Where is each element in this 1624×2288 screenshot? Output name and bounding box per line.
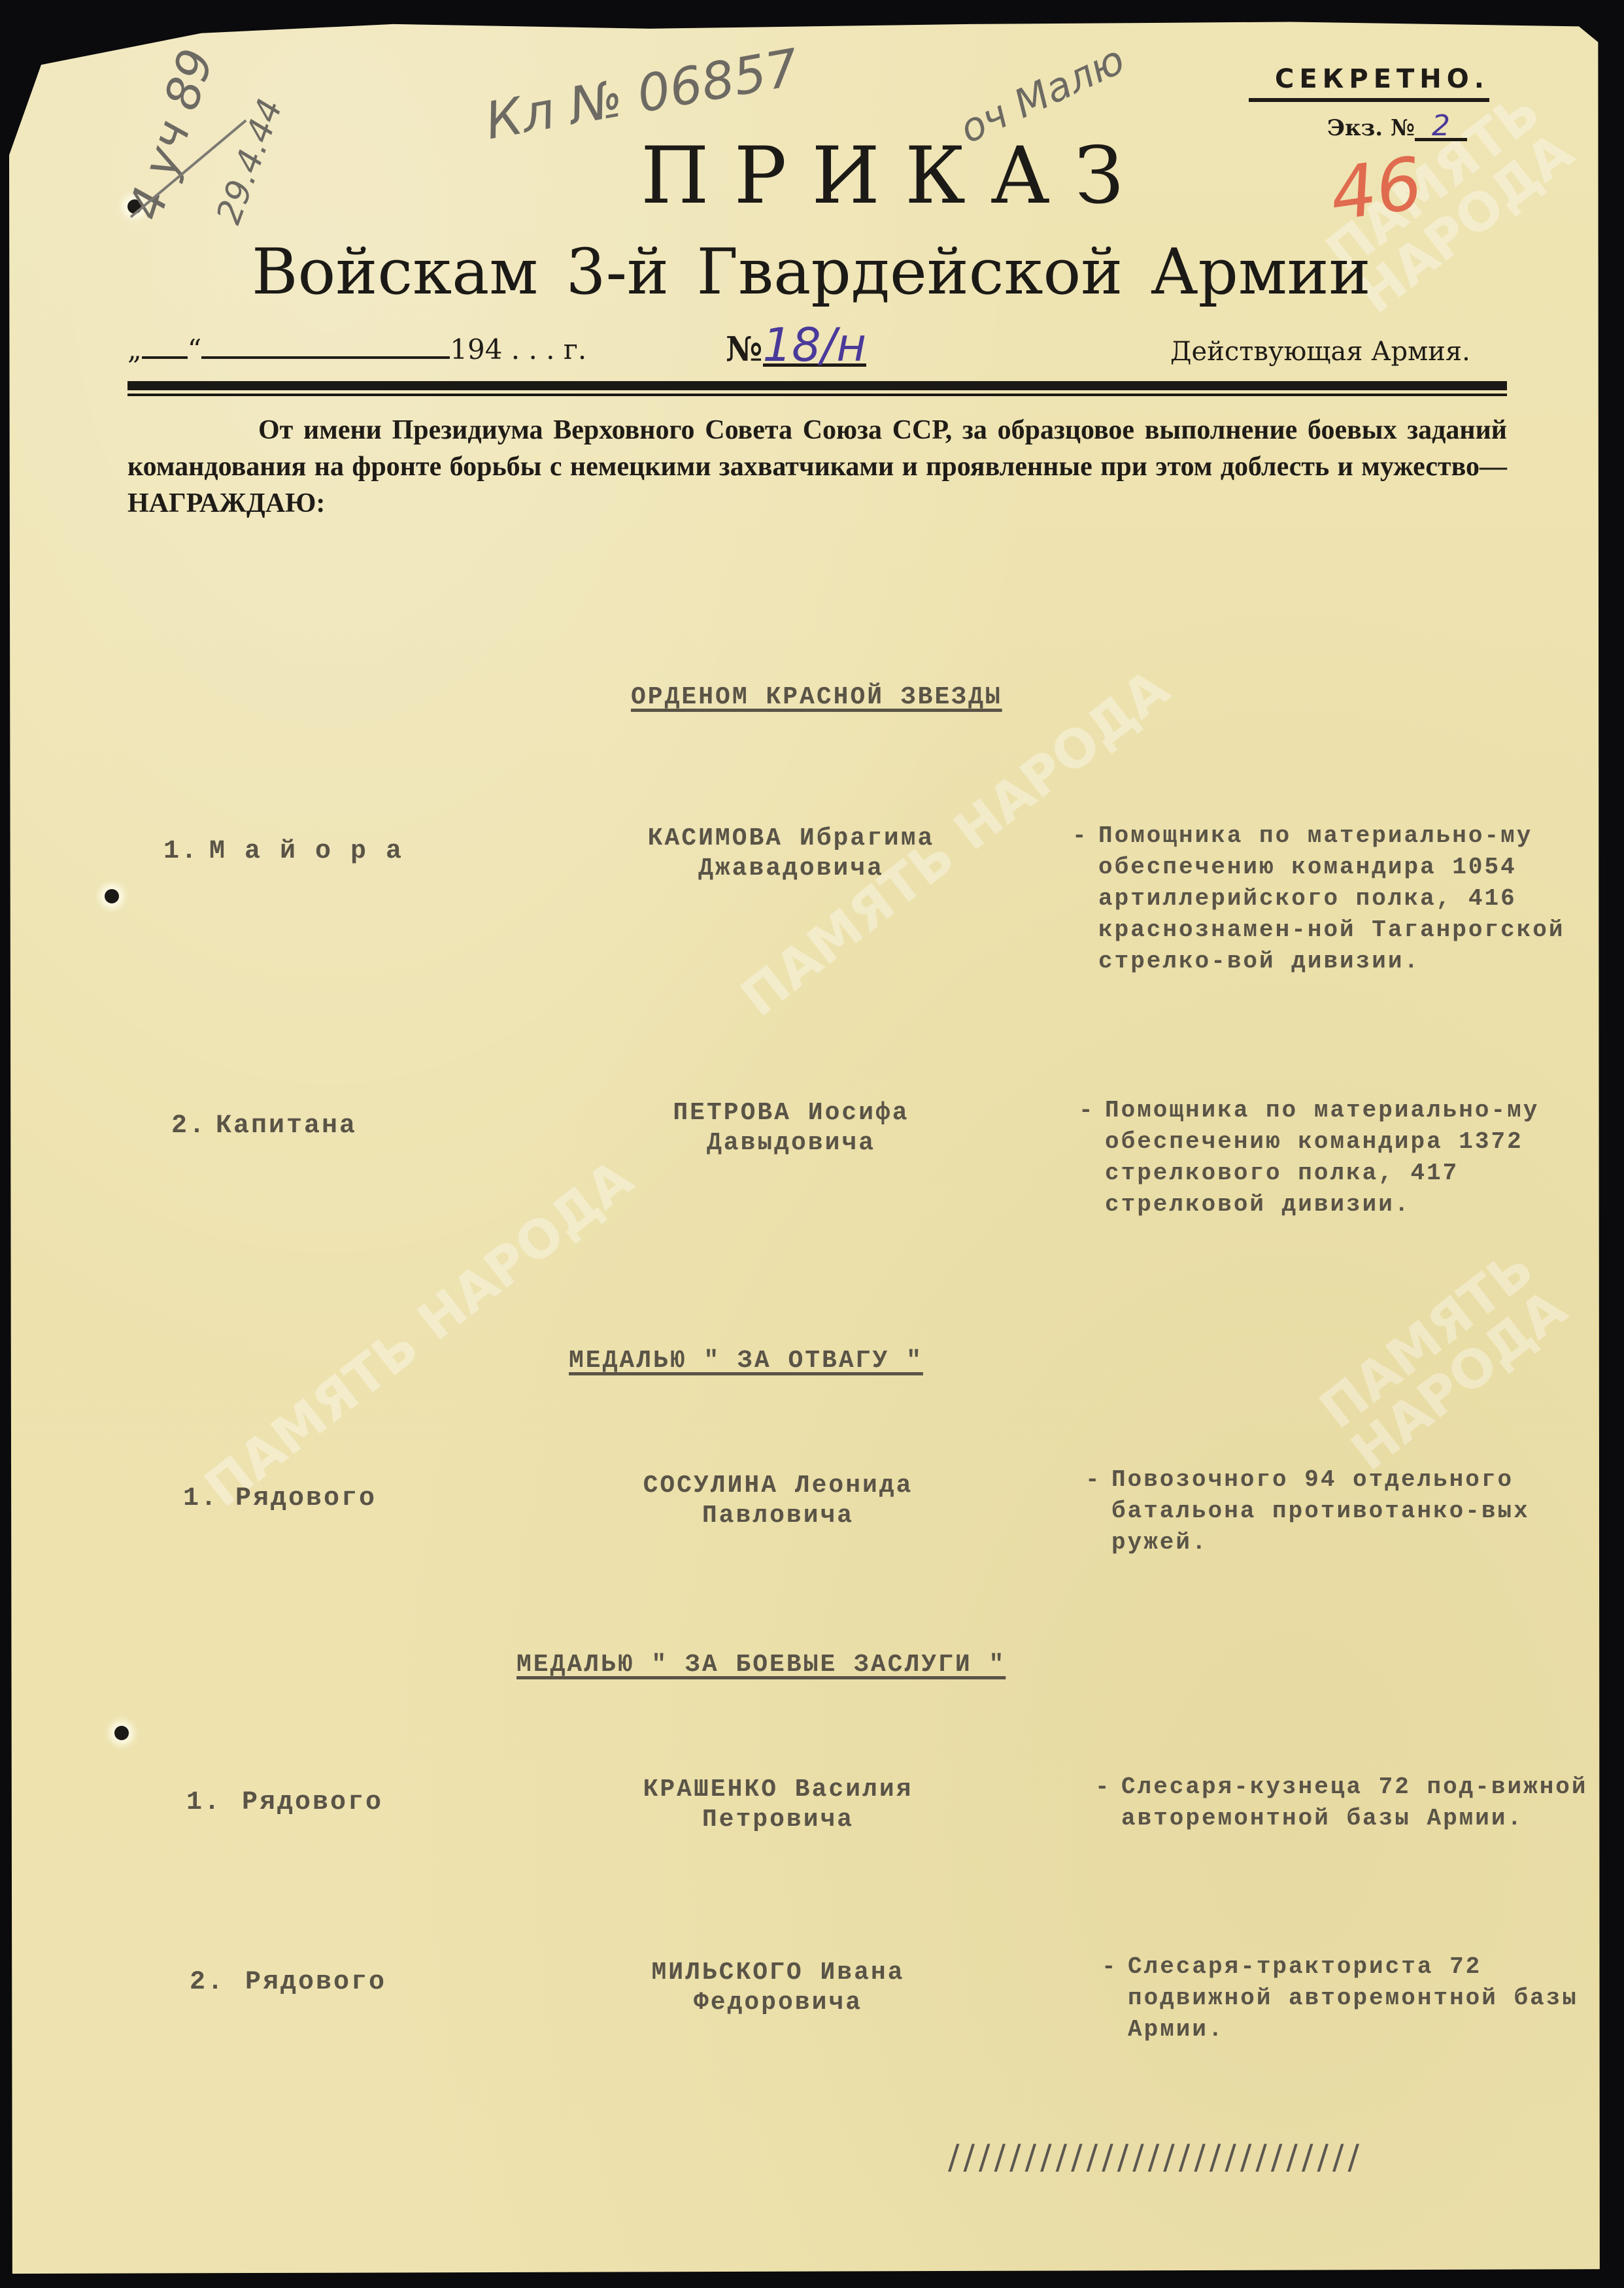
awardee-number: 2. bbox=[171, 1111, 207, 1141]
awardee-rank: Рядового bbox=[245, 1968, 386, 1997]
awardee-rank: Рядового bbox=[242, 1788, 383, 1817]
copy-number-value: 2 bbox=[1415, 114, 1467, 141]
punch-hole bbox=[105, 889, 119, 903]
section-heading: МЕДАЛЬЮ " ЗА БОЕВЫЕ ЗАСЛУГИ " bbox=[516, 1651, 1006, 1679]
awardee-position: -Помощника по материально-му обеспечению… bbox=[1105, 1095, 1589, 1220]
copy-label: Экз. № bbox=[1327, 115, 1415, 141]
date-year: 194 . . . г. bbox=[450, 333, 586, 365]
awardee-rank: Рядового bbox=[235, 1484, 377, 1513]
intro-paragraph: От имени Президиума Верховного Совета Со… bbox=[127, 412, 1507, 522]
punch-hole bbox=[114, 1726, 129, 1740]
header-rule-thin bbox=[127, 394, 1507, 396]
section-heading: МЕДАЛЬЮ " ЗА ОТВАГУ " bbox=[569, 1347, 923, 1375]
awardee-name: КРАШЕНКО Василия Петровича bbox=[575, 1775, 981, 1835]
classification-label: СЕКРЕТНО. bbox=[1249, 64, 1489, 102]
awardee-position: -Слесаря-тракториста 72 подвижной авторе… bbox=[1128, 1951, 1612, 2045]
document-subtitle: Войскам 3-й Гвардейской Армии bbox=[252, 235, 1371, 309]
date-line: „“194 . . . г. bbox=[127, 333, 586, 365]
number-label: № bbox=[726, 329, 763, 369]
awardee-name: КАСИМОВА Ибрагима Джавадовича bbox=[588, 824, 994, 884]
awardee-number: 1. bbox=[186, 1788, 222, 1817]
awardee-name: МИЛЬСКОГО Ивана Федоровича bbox=[575, 1958, 981, 2018]
awardee-rank: М а й о р а bbox=[209, 837, 403, 866]
awardee-number: 2. bbox=[190, 1968, 225, 1997]
order-number-value: 18/н bbox=[763, 327, 866, 367]
awardee-name: СОСУЛИНА Леонида Павловича bbox=[575, 1471, 981, 1531]
red-pencil-mark: 46 bbox=[1325, 141, 1427, 237]
awardee-position: -Повозочного 94 отдельного батальона про… bbox=[1111, 1464, 1595, 1558]
awardee-position: -Помощника по материально-му обеспечению… bbox=[1098, 820, 1582, 977]
awardee-number: 1. bbox=[163, 837, 199, 866]
awardee-position: -Слесаря-кузнеца 72 под-вижной авторемон… bbox=[1121, 1772, 1605, 1834]
end-hatching: /////////////////////////// bbox=[948, 2138, 1363, 2177]
awardee-name: ПЕТРОВА Иосифа Давыдовича bbox=[588, 1098, 994, 1158]
copy-number: Экз. №2 bbox=[1327, 114, 1467, 141]
order-number: №18/н bbox=[726, 327, 866, 369]
awardee-number: 1. bbox=[183, 1484, 218, 1513]
section-heading: ОРДЕНОМ КРАСНОЙ ЗВЕЗДЫ bbox=[631, 683, 1002, 711]
document-title: ПРИКАЗ bbox=[641, 131, 1149, 222]
header-rule bbox=[127, 381, 1507, 390]
location-label: Действующая Армия. bbox=[1170, 337, 1470, 367]
awardee-rank: Капитана bbox=[216, 1111, 357, 1141]
